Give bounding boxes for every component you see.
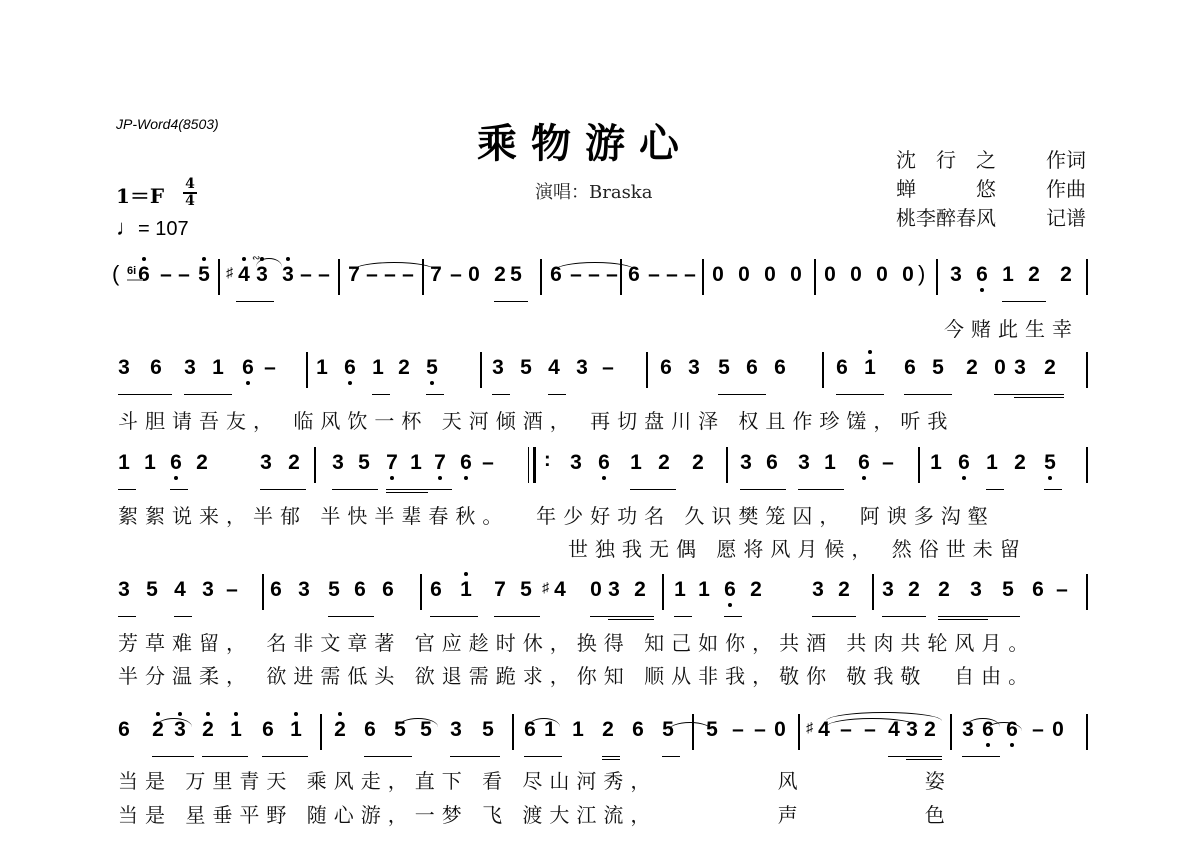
jianpu-note: 5 [716, 356, 732, 380]
jianpu-note: 3 [1012, 356, 1028, 380]
beam-underline [174, 616, 192, 617]
jianpu-note: 4♯ [816, 718, 832, 742]
jianpu-note: 5 [508, 263, 524, 287]
jianpu-note: 6 [136, 263, 152, 287]
jianpu-note: 2 [936, 578, 952, 602]
jianpu-note: 3 [738, 451, 754, 475]
jianpu-note: 1 [696, 578, 712, 602]
jianpu-note: 1 [628, 451, 644, 475]
bar-line [1086, 574, 1088, 610]
bar-line [662, 574, 664, 610]
dash: – [262, 356, 278, 380]
beam-underline [328, 616, 374, 617]
beam-underline [602, 756, 620, 757]
jianpu-note: 6 [1030, 578, 1046, 602]
bar-line [814, 259, 816, 295]
jianpu-note: 0 [900, 263, 916, 287]
jianpu-note: 2 [656, 451, 672, 475]
jianpu-note: 0 [822, 263, 838, 287]
beam-underline [798, 489, 844, 490]
high-octave-dot [234, 712, 238, 716]
beam-underline [118, 616, 136, 617]
jianpu-note: 2 [200, 718, 216, 742]
dash: – [158, 263, 174, 287]
jianpu-note: 6 [630, 718, 646, 742]
beam-underline [494, 301, 528, 302]
jianpu-note: 0 [736, 263, 752, 287]
jianpu-note: 5 [480, 718, 496, 742]
beam-underline [662, 756, 680, 757]
jianpu-note: 1 [822, 451, 838, 475]
beam-underline [332, 489, 378, 490]
jianpu-note: 5 [424, 356, 440, 380]
jianpu-note: 2 [286, 451, 302, 475]
jianpu-note: 2 [1026, 263, 1042, 287]
bar-line [936, 259, 938, 295]
slur-arc [554, 262, 636, 271]
beam-underline [812, 616, 856, 617]
bar-line [1086, 447, 1088, 483]
beam-underline [906, 759, 942, 760]
jianpu-note: 3 [296, 578, 312, 602]
jianpu-note: 4 [546, 356, 562, 380]
tempo-marking: ♩= 107 [116, 215, 189, 241]
jianpu-note: 0 [710, 263, 726, 287]
low-octave-dot [438, 476, 442, 480]
bar-line [1086, 352, 1088, 388]
low-octave-dot [430, 381, 434, 385]
jianpu-note: 6 [116, 718, 132, 742]
low-octave-dot [464, 476, 468, 480]
turn-ornament-icon: ∾ [252, 253, 260, 264]
jianpu-note: 1 [928, 451, 944, 475]
beam-underline [494, 616, 540, 617]
jianpu-note: 6 [458, 451, 474, 475]
quarter-note-icon: ♩ [116, 215, 138, 240]
jianpu-note: 6 [362, 718, 378, 742]
jianpu-note: 6 [342, 356, 358, 380]
high-octave-dot [338, 712, 342, 716]
beam-underline [260, 489, 306, 490]
jianpu-note: 6 [168, 451, 184, 475]
low-octave-dot [728, 603, 732, 607]
bar-line [798, 714, 800, 750]
beam-underline [630, 489, 676, 490]
dash: – [298, 263, 314, 287]
high-octave-dot [868, 350, 872, 354]
sharp-icon: ♯ [806, 715, 813, 739]
dash: – [752, 718, 768, 742]
high-octave-dot [242, 257, 246, 261]
singer-label: 演唱：Braska [535, 178, 652, 204]
jianpu-note: 3 [116, 356, 132, 380]
beam-underline [994, 394, 1064, 395]
jianpu-note: 1 [862, 356, 878, 380]
lyric-line: 芳草难留， 名非文章著 官应趁时休，换得 知己如你，共酒 共肉共轮风月。 [118, 627, 1035, 656]
beam-underline [740, 489, 786, 490]
jianpu-note: 3 [880, 578, 896, 602]
dash: – [480, 451, 496, 475]
jianpu-note: 2 [690, 451, 706, 475]
bar-line [822, 352, 824, 388]
jianpu-note: 6 [772, 356, 788, 380]
jianpu-note: 3 [116, 578, 132, 602]
high-octave-dot [202, 257, 206, 261]
low-octave-dot [1048, 476, 1052, 480]
jianpu-note: 3 [948, 263, 964, 287]
beam-underline [430, 616, 478, 617]
bar-line [512, 714, 514, 750]
dash: – [646, 263, 662, 287]
jianpu-note: 3 [182, 356, 198, 380]
time-signature-top: 4 [183, 178, 197, 191]
bar-line [540, 259, 542, 295]
jianpu-note: 6 [902, 356, 918, 380]
jianpu-note: 0 [848, 263, 864, 287]
high-octave-dot [464, 572, 468, 576]
credit-name: 蝉 悠 [896, 175, 1016, 204]
beam-underline [904, 394, 952, 395]
beam-underline [152, 756, 194, 757]
low-octave-dot [246, 381, 250, 385]
jianpu-note: 0 [992, 356, 1008, 380]
jianpu-note: 6 [744, 356, 760, 380]
high-octave-dot [206, 712, 210, 716]
jianpu-note: 3 [490, 356, 506, 380]
beam-underline [724, 616, 742, 617]
jianpu-note: 2 [964, 356, 980, 380]
jianpu-note: 5 [144, 578, 160, 602]
jianpu-note: 1 [228, 718, 244, 742]
bar-line [262, 574, 264, 610]
beam-underline [386, 489, 452, 490]
low-octave-dot [862, 476, 866, 480]
jianpu-note: 0 [466, 263, 482, 287]
low-octave-dot [986, 743, 990, 747]
dash: – [448, 263, 464, 287]
beam-underline [962, 756, 1000, 757]
jianpu-note: 1 [1000, 263, 1016, 287]
lyric-line: 世独我无偶 愿将风月候， 然俗世未留 [568, 533, 1027, 562]
jianpu-note: 1 [288, 718, 304, 742]
jianpu-note: 3 [330, 451, 346, 475]
grace-notes: 6i [127, 265, 136, 277]
high-octave-dot [178, 712, 182, 716]
dash: – [682, 263, 698, 287]
high-octave-dot [286, 257, 290, 261]
jianpu-note: 6 [658, 356, 674, 380]
beam-underline [386, 492, 428, 493]
bar-line [1086, 259, 1088, 295]
jianpu-note: 2 [922, 718, 938, 742]
jianpu-note: 2 [600, 718, 616, 742]
beam-underline [524, 756, 562, 757]
jianpu-note: 1 [408, 451, 424, 475]
jianpu-note: 2 [1012, 451, 1028, 475]
dash: – [224, 578, 240, 602]
dash: – [664, 263, 680, 287]
jianpu-note: 3 [606, 578, 622, 602]
low-octave-dot [962, 476, 966, 480]
jianpu-note: 0 [788, 263, 804, 287]
credit-composer: 蝉 悠作曲 [896, 175, 1086, 204]
beam-underline [492, 394, 510, 395]
jianpu-note: 4♯ [552, 578, 568, 602]
bar-line [1086, 714, 1088, 750]
jianpu-note: 6 [856, 451, 872, 475]
grace-beam [127, 279, 143, 281]
jianpu-note: 7 [384, 451, 400, 475]
jianpu-note: 2 [396, 356, 412, 380]
jianpu-note: 3 [568, 451, 584, 475]
jianpu-note: 1 [142, 451, 158, 475]
jianpu-note: 3 [968, 578, 984, 602]
jianpu-note: 5 [930, 356, 946, 380]
jianpu-note: 2 [1042, 356, 1058, 380]
tempo-value: = 107 [138, 218, 189, 240]
jianpu-note: 6 [834, 356, 850, 380]
beam-underline [674, 616, 692, 617]
beam-underline [202, 756, 248, 757]
jianpu-note: 4 [172, 578, 188, 602]
low-octave-dot [348, 381, 352, 385]
lyric-line: 当是 星垂平野 随心游，一梦 飞 渡大江流， 声 色 [118, 799, 952, 828]
beam-underline [836, 394, 884, 395]
jianpu-note: 3 [810, 578, 826, 602]
beam-underline [938, 616, 1020, 617]
credit-role: 记谱 [1046, 204, 1086, 233]
beam-underline [608, 619, 654, 620]
bar-line [218, 259, 220, 295]
jianpu-note: 6 [240, 356, 256, 380]
beam-underline [602, 759, 620, 760]
jianpu-note: 2 [906, 578, 922, 602]
low-octave-dot [602, 476, 606, 480]
beam-underline [262, 756, 308, 757]
jianpu-note: 5 [1000, 578, 1016, 602]
jianpu-note: 6 [428, 578, 444, 602]
bar-line [950, 714, 952, 750]
beam-underline [450, 756, 500, 757]
jianpu-note: 1 [210, 356, 226, 380]
jianpu-note: 3 [448, 718, 464, 742]
lyric-line: 半分温柔， 欲进需低头 欲退需跪求，你知 顺从非我，敬你 敬我敬 自由。 [118, 660, 1035, 689]
credits: 沈 行 之作词 蝉 悠作曲 桃李醉春风记谱 [896, 146, 1086, 233]
jianpu-note: 2 [632, 578, 648, 602]
jianpu-note: 0 [1050, 718, 1066, 742]
beam-underline [1044, 489, 1062, 490]
jianpu-note: 1 [672, 578, 688, 602]
jianpu-note: 1 [458, 578, 474, 602]
bar-line [918, 447, 920, 483]
jianpu-note: 5 [196, 263, 212, 287]
dash: – [316, 263, 332, 287]
high-octave-dot [294, 712, 298, 716]
jianpu-note: 1 [984, 451, 1000, 475]
beam-underline [372, 394, 390, 395]
jianpu-note: 6 [764, 451, 780, 475]
low-octave-dot [390, 476, 394, 480]
repeat-dots: : [544, 449, 551, 472]
beam-underline [118, 489, 136, 490]
beam-underline [364, 756, 412, 757]
jianpu-note: 5 [326, 578, 342, 602]
beam-underline [986, 489, 1004, 490]
lyric-line: 斗胆请吾友， 临风饮一杯 天河倾酒， 再切盘川泽 权且作珍馐，听我 [118, 405, 954, 434]
bar-line [692, 714, 694, 750]
credit-transcriber: 桃李醉春风记谱 [896, 204, 1086, 233]
jianpu-note: 5 [518, 578, 534, 602]
jianpu-note: 4♯ [236, 263, 252, 287]
jianpu-note: 3 [796, 451, 812, 475]
beam-underline [718, 394, 766, 395]
jianpu-note: 2 [332, 718, 348, 742]
dash: – [600, 356, 616, 380]
jianpu-note: 6 [352, 578, 368, 602]
bar-line [338, 259, 340, 295]
beam-underline [882, 616, 926, 617]
beam-underline [938, 619, 988, 620]
bar-line [646, 352, 648, 388]
jianpu-note: 2 [194, 451, 210, 475]
beam-underline [426, 394, 444, 395]
credit-name: 桃李醉春风 [896, 204, 1016, 233]
song-title: 乘物游心 [477, 120, 693, 167]
dash: – [730, 718, 746, 742]
jianpu-note: 3 [686, 356, 702, 380]
credit-lyricist: 沈 行 之作词 [896, 146, 1086, 175]
jianpu-note: 2 [1058, 263, 1074, 287]
credit-role: 作曲 [1046, 175, 1086, 204]
jianpu-note: 7 [492, 578, 508, 602]
jianpu-note: 6 [956, 451, 972, 475]
bar-line [314, 447, 316, 483]
jianpu-note: 2 [748, 578, 764, 602]
jianpu-note: 1 [570, 718, 586, 742]
dash: – [1054, 578, 1070, 602]
lyric-line: 絮絮说来，半郁 半快半辈春秋。 年少好功名 久识樊笼囚， 阿谀多沟壑 [118, 500, 995, 529]
jianpu-note: 7 [432, 451, 448, 475]
bar-line [320, 714, 322, 750]
repeat-bar-line [528, 447, 536, 483]
dash: – [1030, 718, 1046, 742]
parenthesis: ( [112, 261, 119, 287]
beam-underline [1014, 397, 1064, 398]
jianpu-note: 2 [492, 263, 508, 287]
low-octave-dot [1010, 743, 1014, 747]
jianpu-note: 6 [596, 451, 612, 475]
jianpu-note: 6 [722, 578, 738, 602]
jianpu-note: 6 [974, 263, 990, 287]
jianpu-note: 5 [356, 451, 372, 475]
jianpu-note: 3 [280, 263, 296, 287]
dash: – [880, 451, 896, 475]
jianpu-note: 3 [258, 451, 274, 475]
bar-line [702, 259, 704, 295]
beam-underline [548, 394, 566, 395]
bar-line [306, 352, 308, 388]
high-octave-dot [156, 712, 160, 716]
jianpu-note: 3 [574, 356, 590, 380]
low-octave-dot [174, 476, 178, 480]
low-octave-dot [980, 288, 984, 292]
lyric-line: 今赌此生幸 [944, 313, 1079, 342]
lyric-line: 当是 万里青天 乘风走，直下 看 尽山河秀， 风 姿 [118, 765, 952, 794]
jianpu-note: 0 [588, 578, 604, 602]
jianpu-note: 2 [836, 578, 852, 602]
beam-underline [184, 394, 232, 395]
jianpu-note: 6 [260, 718, 276, 742]
credit-name: 沈 行 之 [896, 146, 1016, 175]
jianpu-note: 6 [380, 578, 396, 602]
beam-underline [1002, 301, 1046, 302]
time-signature-bottom: 4 [183, 195, 197, 208]
jianpu-note: 1 [370, 356, 386, 380]
bar-line [726, 447, 728, 483]
jianpu-note: 6 [268, 578, 284, 602]
credit-role: 作词 [1046, 146, 1086, 175]
key-signature: 1＝F [116, 180, 164, 209]
beam-underline [590, 616, 654, 617]
jianpu-note: 0 [772, 718, 788, 742]
bar-line [420, 574, 422, 610]
jianpu-note: 1 [314, 356, 330, 380]
high-octave-dot [142, 257, 146, 261]
sharp-icon: ♯ [542, 575, 549, 599]
beam-underline [236, 301, 274, 302]
jianpu-note: 6 [148, 356, 164, 380]
bar-line [480, 352, 482, 388]
dash: – [176, 263, 192, 287]
parenthesis: ) [918, 261, 925, 287]
jianpu-note: 5 [1042, 451, 1058, 475]
jianpu-note: 0 [874, 263, 890, 287]
jianpu-note: 3 [200, 578, 216, 602]
beam-underline [888, 756, 942, 757]
beam-underline [118, 394, 172, 395]
sharp-icon: ♯ [226, 260, 233, 284]
beam-underline [170, 489, 188, 490]
jianpu-note: 1 [116, 451, 132, 475]
jianpu-note: 5 [518, 356, 534, 380]
jianpu-note: 0 [762, 263, 778, 287]
bar-line [872, 574, 874, 610]
time-signature: 4 4 [183, 178, 197, 208]
slur-arc [826, 712, 942, 721]
